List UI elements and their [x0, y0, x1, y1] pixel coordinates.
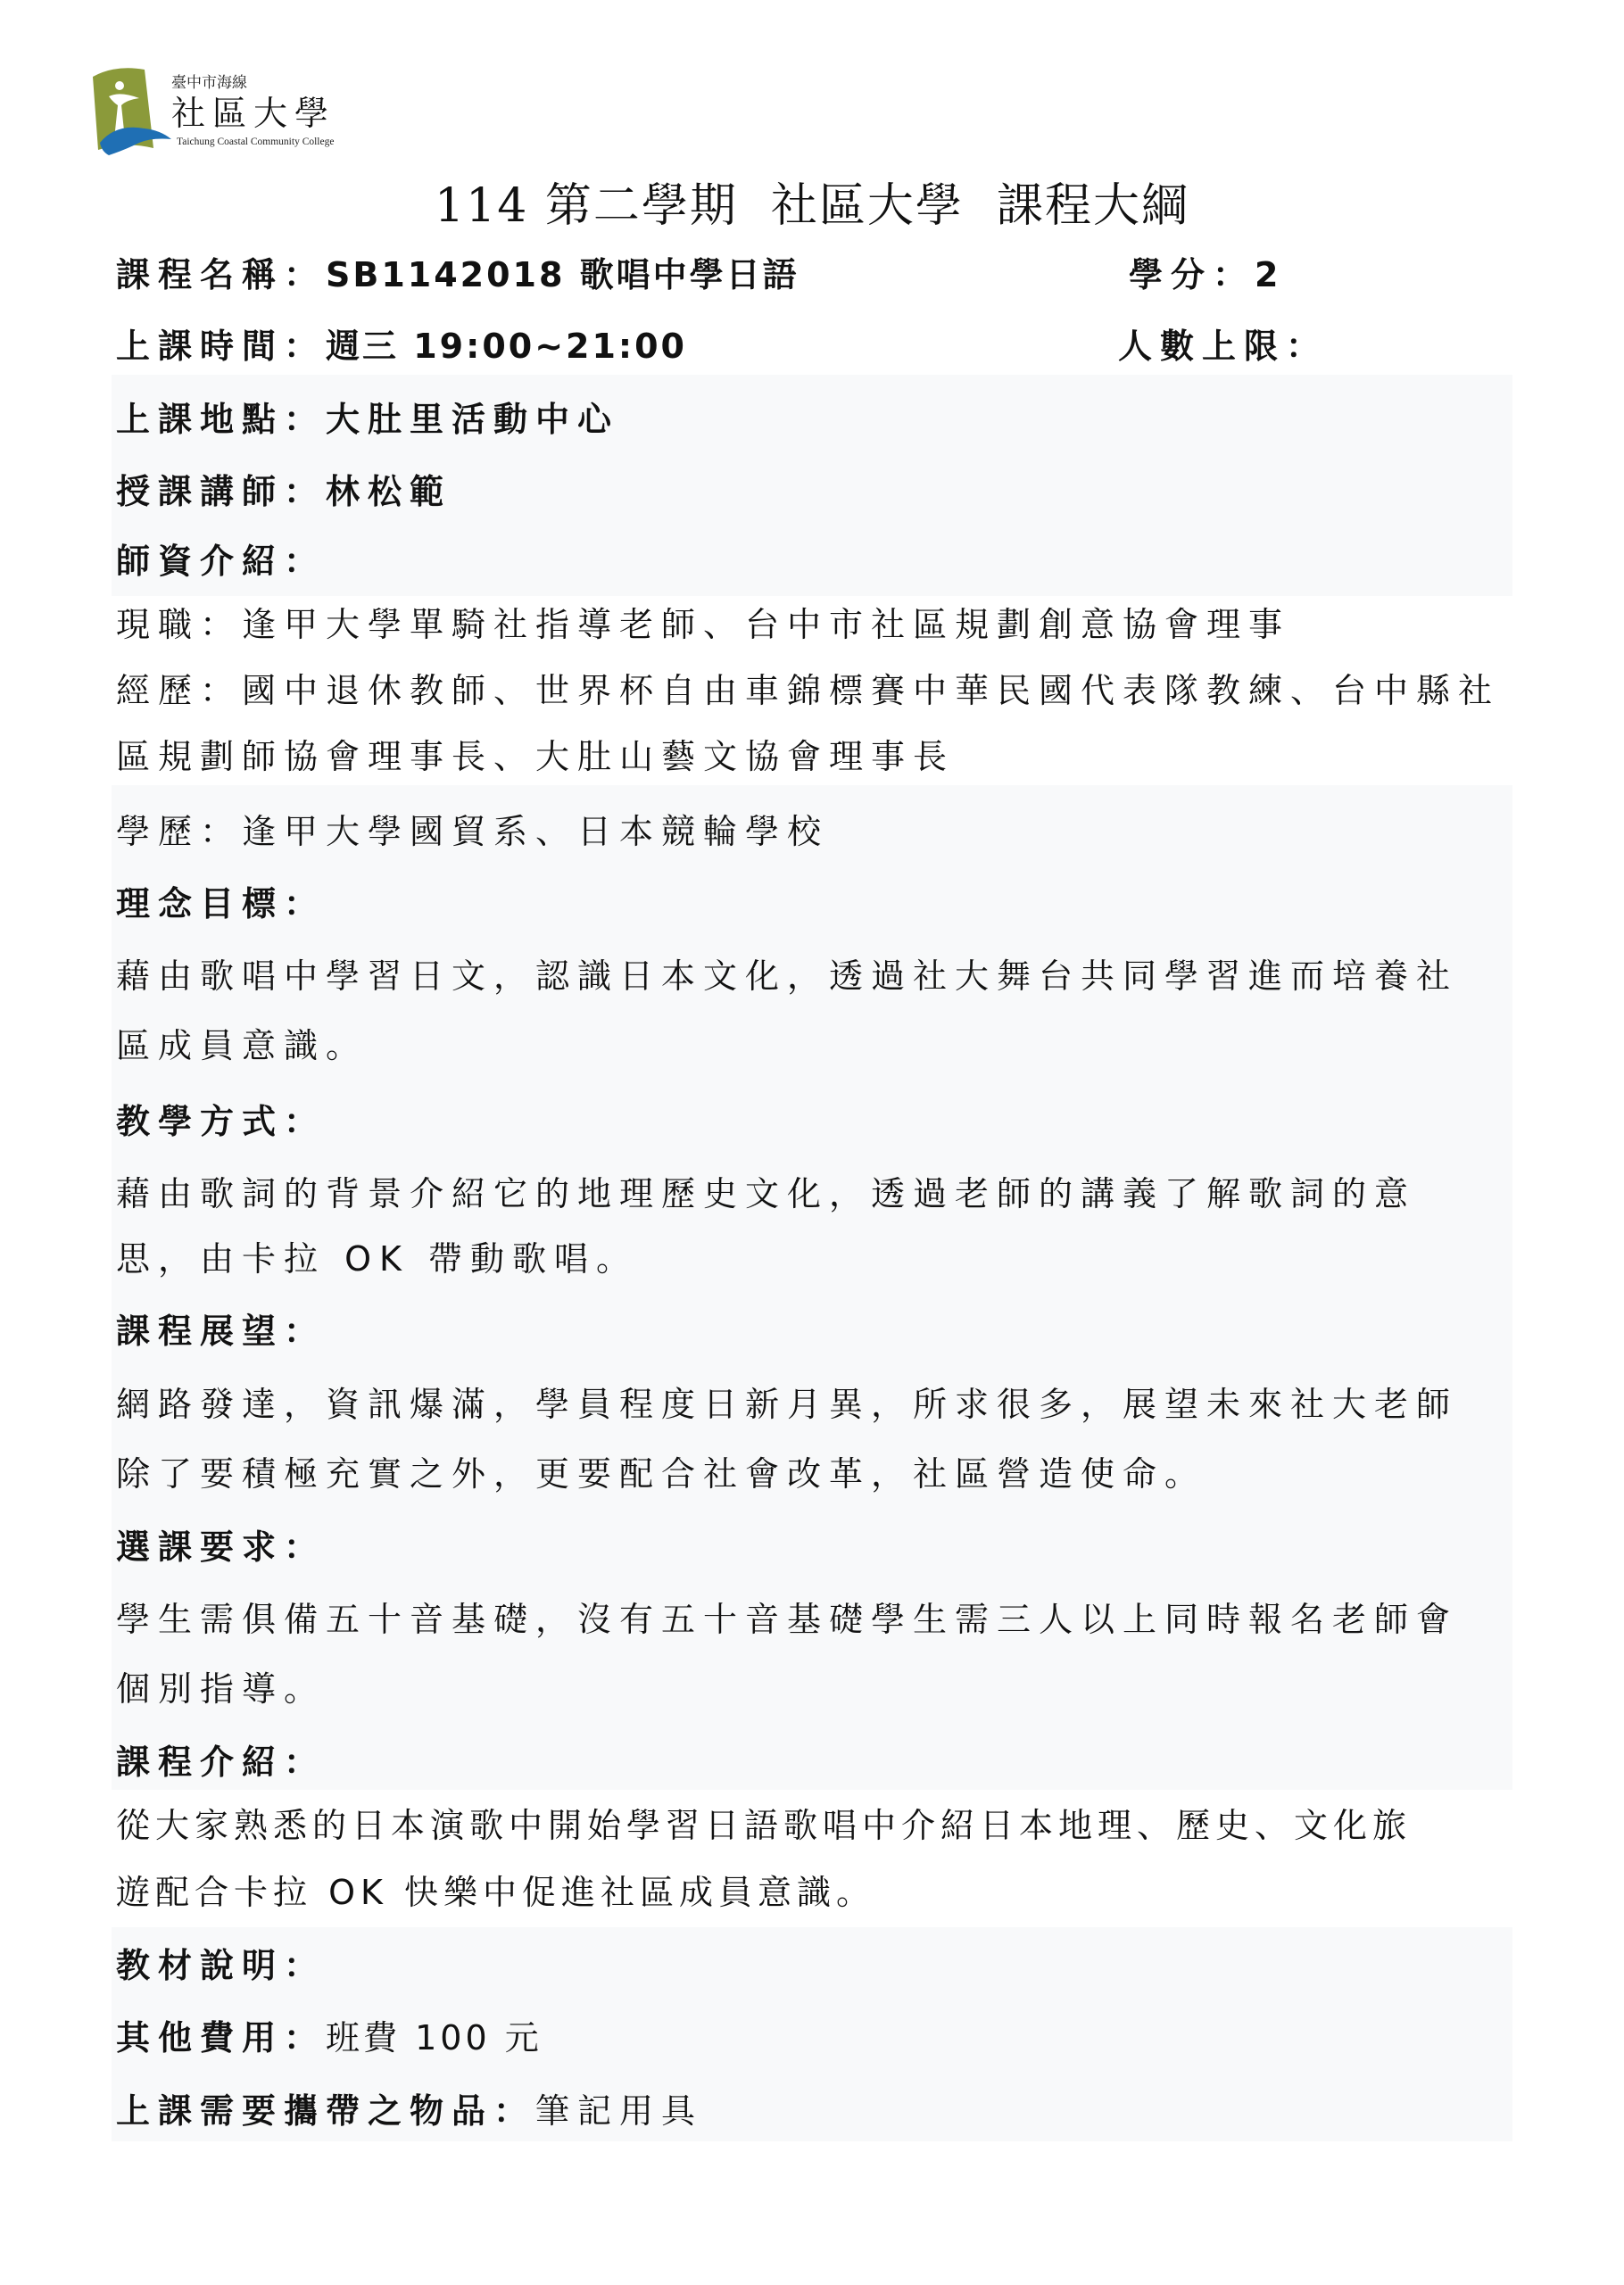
instructor-value: 林松範: [326, 472, 452, 511]
logo-emblem-icon: 臺中市海線 社區大學 Taichung Coastal Community Co…: [89, 61, 348, 159]
requirement-heading: 選課要求：: [116, 1520, 326, 1574]
svg-text:Taichung Coastal Community Col: Taichung Coastal Community College: [177, 137, 334, 147]
profile-education: 學歷：逢甲大學國貿系、日本競輪學校: [116, 805, 829, 858]
location-label: 上課地點：: [116, 400, 326, 439]
intro-heading: 課程介紹：: [116, 1735, 326, 1789]
profile-experience-line2: 區規劃師協會理事長、大肚山藝文協會理事長: [116, 730, 955, 783]
profile-heading: 師資介紹：: [116, 534, 326, 588]
course-name-label: 課程名稱：: [116, 255, 326, 294]
intro-line2: 遊配合卡拉 OK 快樂中促進社區成員意識。: [116, 1866, 875, 1919]
method-heading: 教學方式：: [116, 1095, 326, 1148]
college-logo: 臺中市海線 社區大學 Taichung Coastal Community Co…: [89, 61, 348, 159]
intro-line1: 從大家熟悉的日本演歌中開始學習日語歌唱中介紹日本地理、歷史、文化旅: [116, 1799, 1412, 1852]
class-time-value: 週三 19:00~21:00: [326, 327, 687, 366]
outlook-line2: 除了要積極充實之外，更要配合社會改革，社區營造使命。: [116, 1447, 1206, 1501]
method-line1: 藉由歌詞的背景介紹它的地理歷史文化，透過老師的講義了解歌詞的意: [116, 1167, 1416, 1221]
bring-items-row: 上課需要攜帶之物品：筆記用具: [116, 2084, 703, 2138]
svg-text:臺中市海線: 臺中市海線: [171, 73, 247, 92]
svg-text:社區大學: 社區大學: [171, 94, 336, 133]
goal-line2: 區成員意識。: [116, 1019, 368, 1072]
page-title: 114 第二學期 社區大學 課程大綱: [0, 168, 1624, 235]
instructor-row: 授課講師：林松範: [116, 465, 452, 518]
capacity-field: 人數上限：: [1118, 319, 1328, 373]
fees-value: 班費 100 元: [326, 2018, 543, 2057]
credits-field: 學分：2: [1129, 248, 1286, 302]
course-name-value: SB1142018 歌唱中學日語: [326, 255, 800, 294]
fees-row: 其他費用：班費 100 元: [116, 2011, 543, 2065]
fees-label: 其他費用：: [116, 2018, 326, 2057]
method-line2: 思，由卡拉 OK 帶動歌唱。: [116, 1232, 638, 1286]
course-name-row: 課程名稱：SB1142018 歌唱中學日語: [116, 248, 800, 302]
profile-current: 現職：逢甲大學單騎社指導老師、台中市社區規劃創意協會理事: [116, 598, 1290, 651]
outlook-heading: 課程展望：: [116, 1304, 326, 1358]
instructor-label: 授課講師：: [116, 472, 326, 511]
goal-line1: 藉由歌唱中學習日文，認識日本文化，透過社大舞台共同學習進而培養社: [116, 949, 1458, 1003]
capacity-label: 人數上限：: [1118, 327, 1328, 366]
goal-heading: 理念目標：: [116, 877, 326, 931]
bring-items-label: 上課需要攜帶之物品：: [116, 2091, 535, 2131]
bring-items-value: 筆記用具: [535, 2091, 703, 2131]
requirement-line1: 學生需俱備五十音基礎，沒有五十音基礎學生需三人以上同時報名老師會: [116, 1593, 1458, 1646]
location-row: 上課地點：大肚里活動中心: [116, 393, 619, 446]
class-time-row: 上課時間：週三 19:00~21:00: [116, 319, 687, 373]
profile-experience-line1: 經歷：國中退休教師、世界杯自由車錦標賽中華民國代表隊教練、台中縣社: [116, 664, 1500, 717]
materials-row: 教材說明：: [116, 1939, 326, 1992]
location-value: 大肚里活動中心: [326, 400, 619, 439]
requirement-line2: 個別指導。: [116, 1662, 326, 1716]
outlook-line1: 網路發達，資訊爆滿，學員程度日新月異，所求很多，展望未來社大老師: [116, 1378, 1458, 1431]
credits-value: 2: [1255, 255, 1286, 294]
class-time-label: 上課時間：: [116, 327, 326, 366]
materials-label: 教材說明：: [116, 1946, 326, 1985]
credits-label: 學分：: [1129, 255, 1255, 294]
